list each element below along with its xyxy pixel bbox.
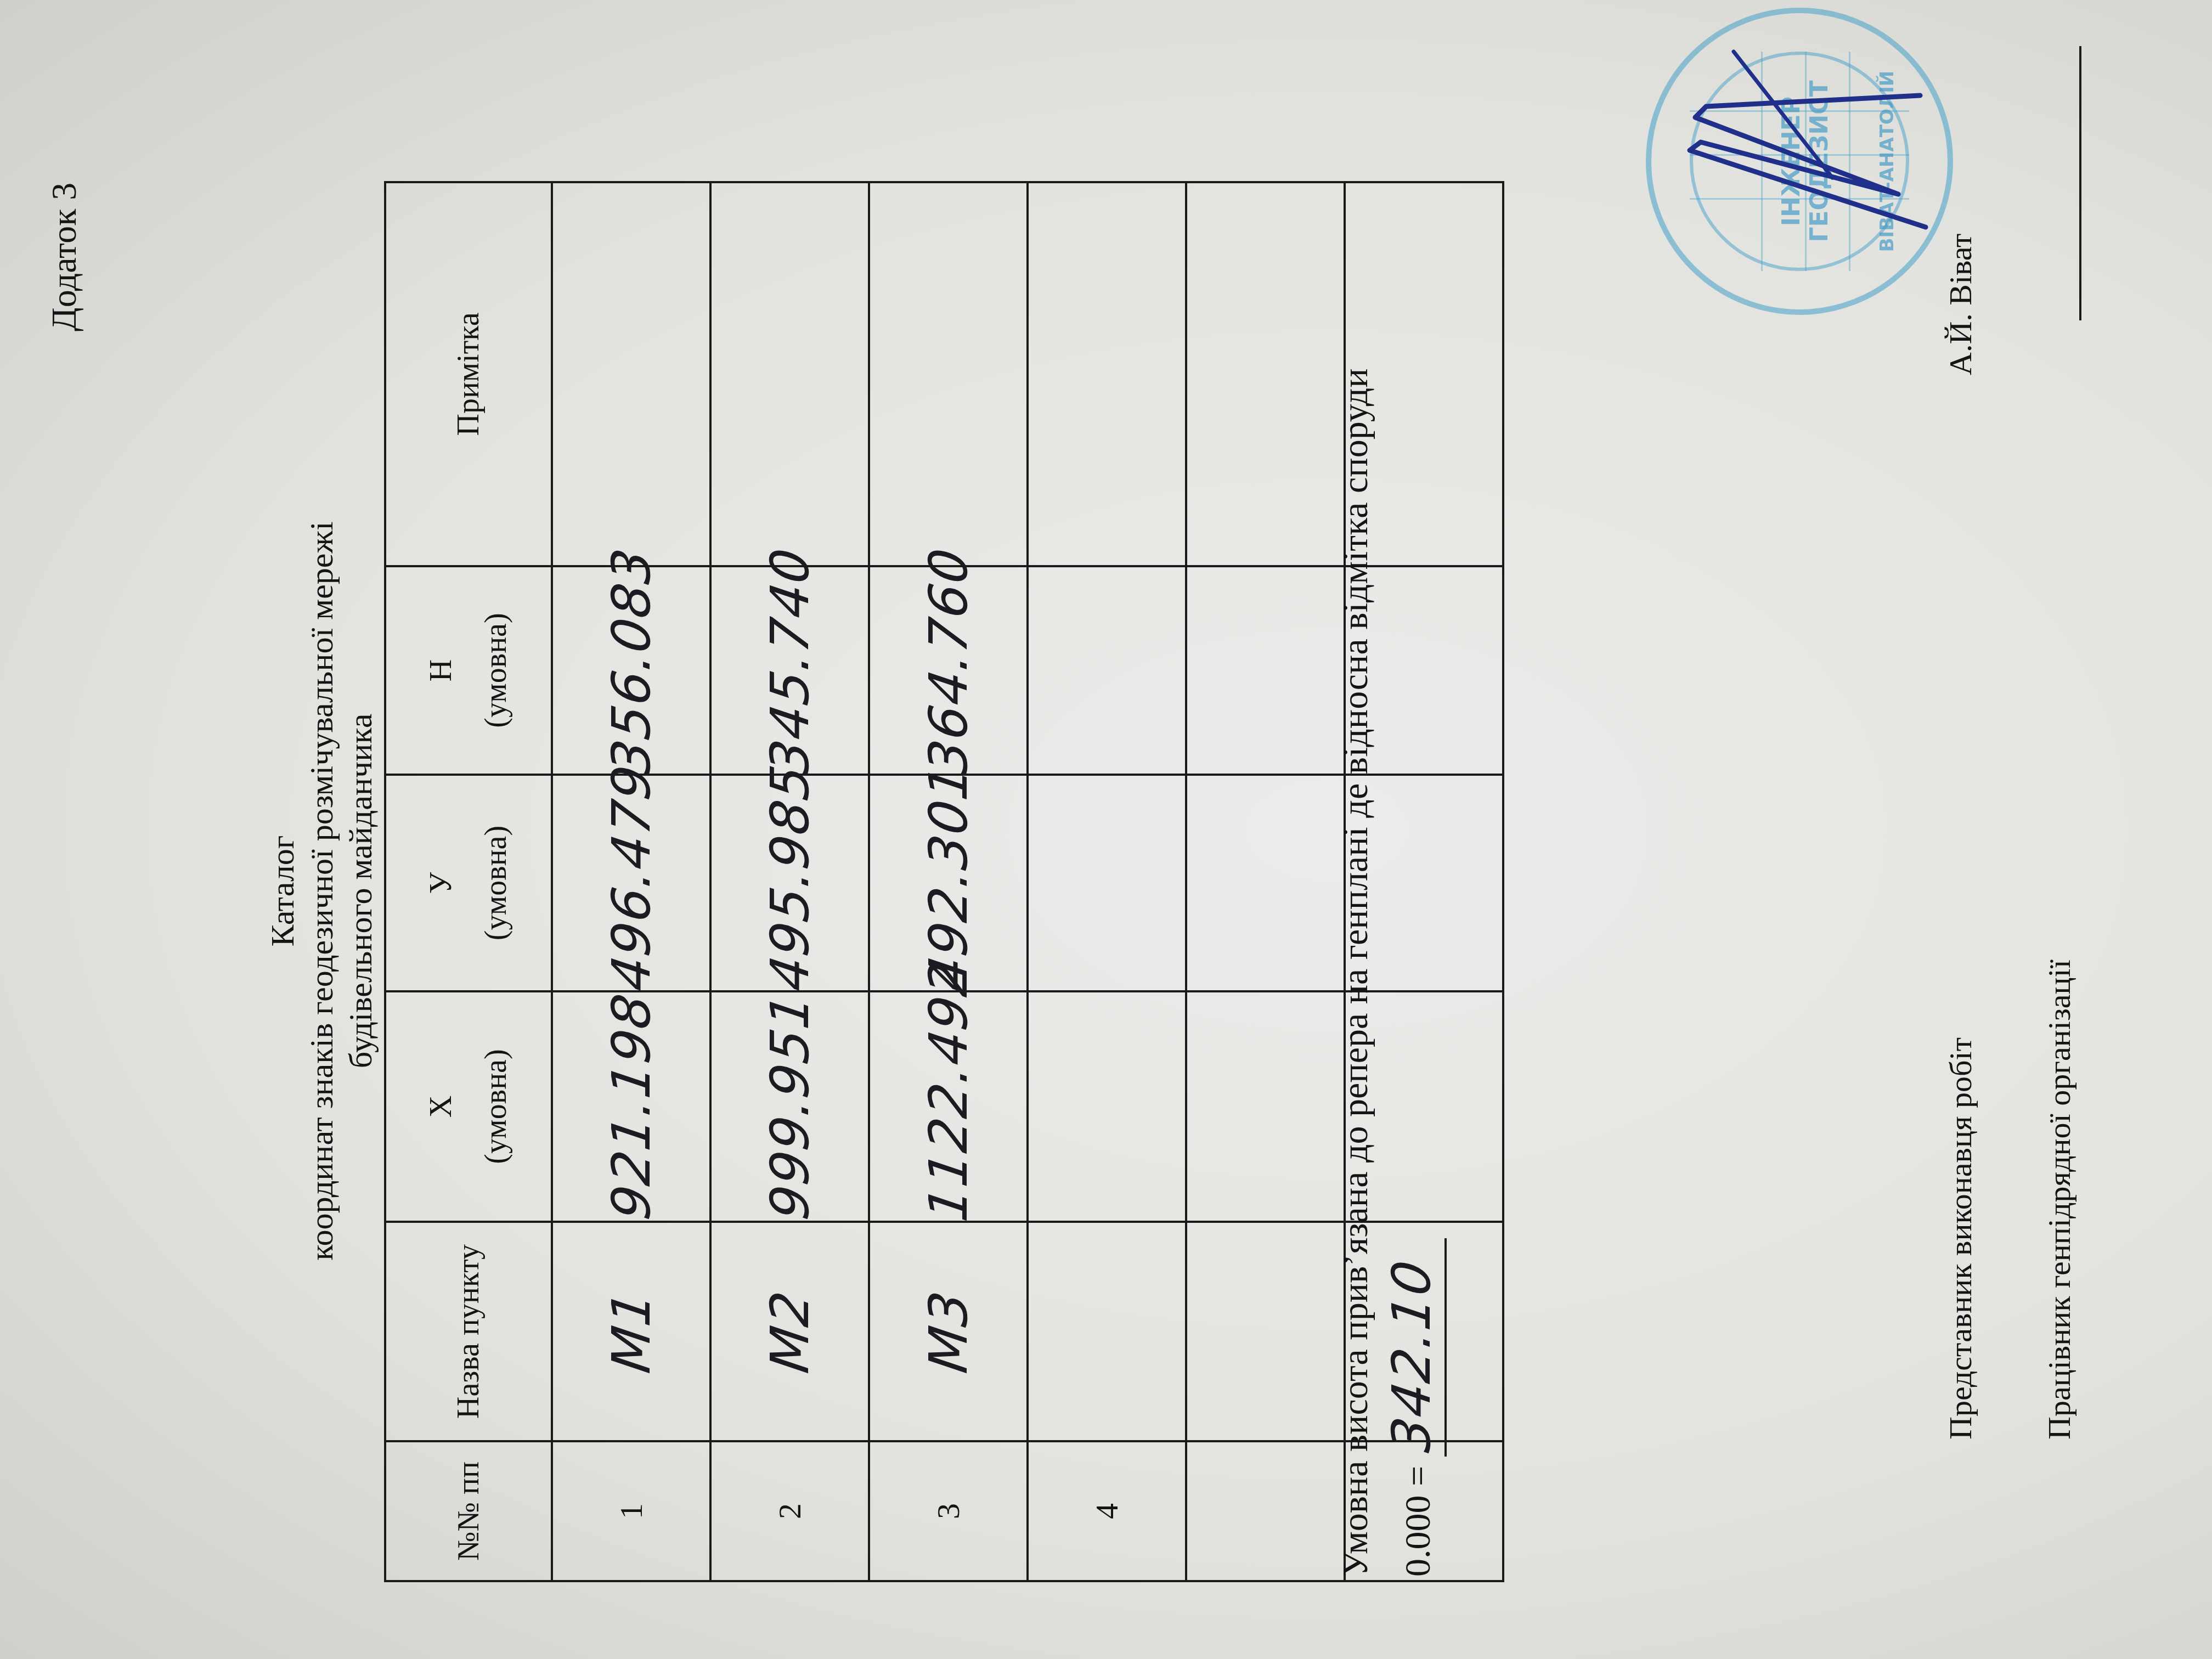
header-x-label: X [424, 1096, 458, 1118]
cell-y: 496.479 [552, 775, 710, 991]
cell-y: 492.301 [869, 775, 1028, 991]
cell-note [1028, 182, 1186, 566]
cell-name: М1 [552, 1222, 710, 1441]
datum-equation: 0.000 = 342.10 [1379, 95, 1447, 1577]
cell-note [1186, 182, 1345, 566]
datum-prefix: 0.000 = [1398, 1466, 1438, 1577]
handwritten-name: М2 [759, 1286, 821, 1376]
datum-value-field: 342.10 [1379, 1238, 1447, 1457]
document-title: Каталог [263, 452, 302, 1330]
cell-x [1186, 991, 1345, 1222]
cell-h [1186, 566, 1345, 775]
datum-text: Умовна висота прив’язана до репера на ге… [1333, 95, 1379, 1577]
header-x-sub: (умовна) [477, 992, 515, 1221]
header-note: Примітка [385, 182, 552, 566]
header-name: Назва пункту [385, 1222, 552, 1441]
cell-num: 4 [1028, 1441, 1186, 1581]
handwritten-x: 1122.492 [918, 956, 979, 1225]
cell-name [1186, 1222, 1345, 1441]
header-y-label: У [424, 872, 458, 894]
header-h: Н (умовна) [385, 566, 552, 775]
header-num: №№ пп [385, 1441, 552, 1581]
cell-h: 356.083 [552, 566, 710, 775]
table-row: 3 М3 1122.492 492.301 364.760 [869, 182, 1028, 1581]
table-row [1186, 182, 1345, 1581]
table-row: 1 М1 921.198 496.479 356.083 [552, 182, 710, 1581]
cell-h: 364.760 [869, 566, 1028, 775]
header-y-sub: (умовна) [477, 776, 515, 990]
handwritten-name: М1 [601, 1286, 662, 1376]
cell-name [1028, 1222, 1186, 1441]
signature-line [2079, 46, 2081, 320]
cell-note [710, 182, 869, 566]
cell-note [869, 182, 1028, 566]
cell-num [1186, 1441, 1345, 1581]
header-x: X (умовна) [385, 991, 552, 1222]
cell-name: М3 [869, 1222, 1028, 1441]
cell-num: 2 [710, 1441, 869, 1581]
appendix-label: Додаток 3 [44, 183, 84, 331]
datum-statement: Умовна висота прив’язана до репера на ге… [1333, 95, 1447, 1577]
handwritten-x: 921.198 [601, 990, 662, 1224]
cell-h: 345.740 [710, 566, 869, 775]
cell-note [552, 182, 710, 566]
handwritten-name: М3 [918, 1286, 979, 1376]
cell-num: 3 [869, 1441, 1028, 1581]
cell-x [1028, 991, 1186, 1222]
document-subtitle-line1: координат знаків геодезичної розмічуваль… [302, 452, 341, 1330]
handwritten-h: 345.740 [759, 544, 821, 778]
cell-h [1028, 566, 1186, 775]
header-y: У (умовна) [385, 775, 552, 991]
cell-name: М2 [710, 1222, 869, 1441]
header-h-sub: (умовна) [477, 567, 515, 774]
handwritten-h: 356.083 [601, 544, 662, 778]
contractor-name: А.Й. Віват [1942, 234, 1979, 375]
cell-x: 921.198 [552, 991, 710, 1222]
cell-y [1186, 775, 1345, 991]
handwritten-datum-value: 342.10 [1379, 1256, 1444, 1456]
handwritten-y: 495.985 [759, 760, 821, 995]
document-page: Додаток 3 Каталог координат знаків геоде… [0, 0, 2212, 1659]
header-h-label: Н [424, 659, 458, 681]
signature-icon [1668, 30, 1942, 260]
cell-x: 999.951 [710, 991, 869, 1222]
cell-y: 495.985 [710, 775, 869, 991]
handwritten-x: 999.951 [759, 990, 821, 1224]
cell-y [1028, 775, 1186, 991]
handwritten-h: 364.760 [918, 544, 979, 778]
table-row: 4 [1028, 182, 1186, 1581]
handwritten-y: 496.479 [601, 760, 662, 995]
title-block: Каталог координат знаків геодезичної роз… [263, 452, 380, 1330]
cell-num: 1 [552, 1441, 710, 1581]
document-subtitle-line2: будівельного майданчика [341, 452, 380, 1330]
handwritten-y: 492.301 [918, 760, 979, 995]
general-contractor-label: Працівник генпідрядної організації [2041, 960, 2078, 1440]
table-row: 2 М2 999.951 495.985 345.740 [710, 182, 869, 1581]
contractor-representative-label: Представник виконавця робіт [1942, 1037, 1979, 1440]
cell-x: 1122.492 [869, 991, 1028, 1222]
table-header-row: №№ пп Назва пункту X (умовна) У (умовна)… [385, 182, 552, 1581]
